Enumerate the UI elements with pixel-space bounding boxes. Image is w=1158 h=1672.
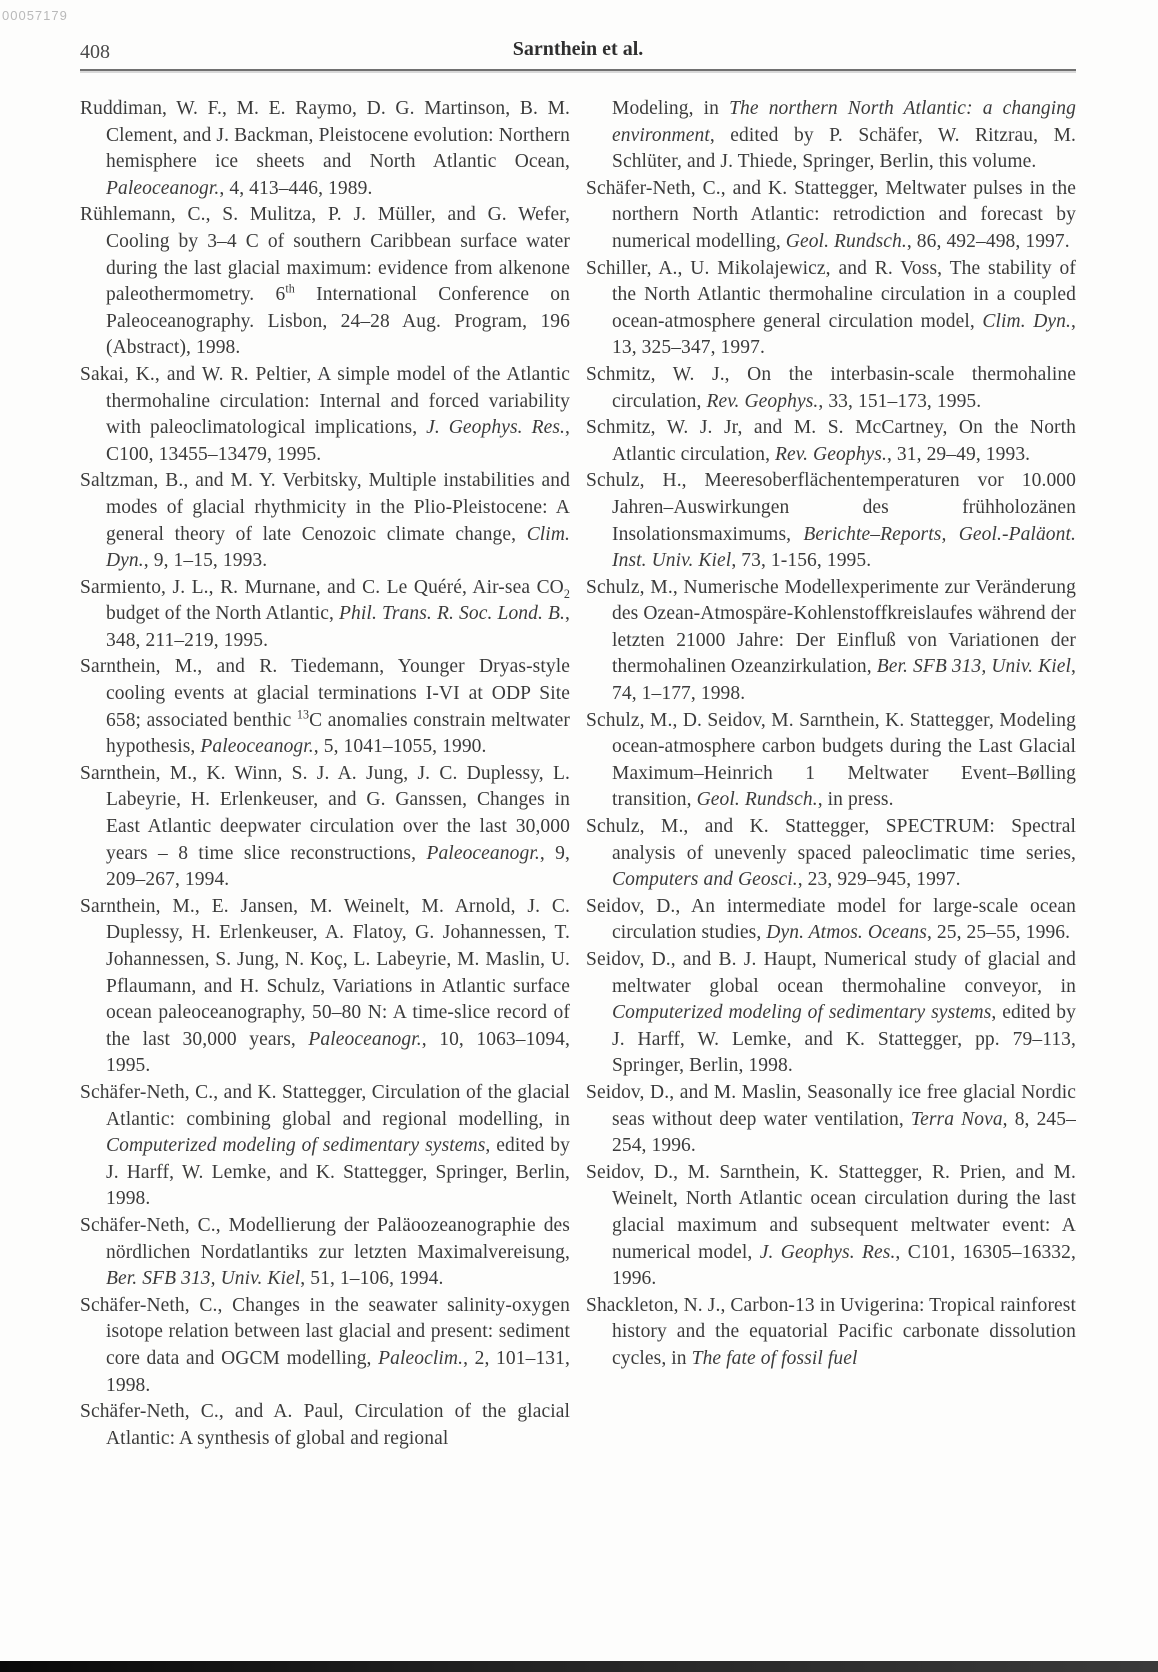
running-title: Sarnthein et al. bbox=[80, 38, 1076, 61]
reference-item: Saltzman, B., and M. Y. Verbitsky, Multi… bbox=[80, 468, 570, 574]
reference-item: Schäfer-Neth, C., and K. Stattegger, Cir… bbox=[80, 1080, 570, 1213]
reference-item: Sakai, K., and W. R. Peltier, A simple m… bbox=[80, 362, 570, 468]
reference-item: Schäfer-Neth, C., and A. Paul, Circulati… bbox=[80, 1399, 570, 1452]
reference-item: Ruddiman, W. F., M. E. Raymo, D. G. Mart… bbox=[80, 96, 570, 202]
reference-column-right: Modeling, in The northern North Atlantic… bbox=[586, 96, 1076, 1452]
reference-item: Shackleton, N. J., Carbon-13 in Uvigerin… bbox=[586, 1293, 1076, 1373]
page-number: 408 bbox=[80, 41, 110, 64]
scan-bottom-edge bbox=[0, 1661, 1158, 1672]
reference-item: Sarnthein, M., E. Jansen, M. Weinelt, M.… bbox=[80, 894, 570, 1080]
reference-item: Seidov, D., An intermediate model for la… bbox=[586, 894, 1076, 947]
reference-item: Rühlemann, C., S. Mulitza, P. J. Müller,… bbox=[80, 202, 570, 362]
scan-stamp: 00057179 bbox=[2, 8, 68, 23]
page-header: 408 Sarnthein et al. bbox=[80, 38, 1076, 68]
reference-item: Seidov, D., M. Sarnthein, K. Stattegger,… bbox=[586, 1160, 1076, 1293]
reference-item: Schiller, A., U. Mikolajewicz, and R. Vo… bbox=[586, 256, 1076, 362]
header-rule bbox=[80, 69, 1076, 71]
reference-item: Schäfer-Neth, C., Changes in the seawate… bbox=[80, 1293, 570, 1399]
reference-item: Seidov, D., and B. J. Haupt, Numerical s… bbox=[586, 947, 1076, 1080]
reference-item: Schäfer-Neth, C., Modellierung der Paläo… bbox=[80, 1213, 570, 1293]
reference-item: Sarnthein, M., K. Winn, S. J. A. Jung, J… bbox=[80, 761, 570, 894]
reference-item: Schmitz, W. J., On the interbasin-scale … bbox=[586, 362, 1076, 415]
reference-item: Schmitz, W. J. Jr, and M. S. McCartney, … bbox=[586, 415, 1076, 468]
reference-item: Modeling, in The northern North Atlantic… bbox=[586, 96, 1076, 176]
reference-item: Schulz, M., and K. Stattegger, SPECTRUM:… bbox=[586, 814, 1076, 894]
reference-item: Sarmiento, J. L., R. Murnane, and C. Le … bbox=[80, 575, 570, 655]
reference-item: Seidov, D., and M. Maslin, Seasonally ic… bbox=[586, 1080, 1076, 1160]
reference-item: Schäfer-Neth, C., and K. Stattegger, Mel… bbox=[586, 176, 1076, 256]
reference-item: Schulz, M., Numerische Modellexperimente… bbox=[586, 575, 1076, 708]
reference-item: Schulz, H., Meeresoberflächentemperature… bbox=[586, 468, 1076, 574]
reference-columns: Ruddiman, W. F., M. E. Raymo, D. G. Mart… bbox=[80, 96, 1076, 1452]
scanned-paper-page: { "stamp": "00057179", "header": { "page… bbox=[0, 0, 1158, 1672]
reference-item: Sarnthein, M., and R. Tiedemann, Younger… bbox=[80, 654, 570, 760]
reference-item: Schulz, M., D. Seidov, M. Sarnthein, K. … bbox=[586, 708, 1076, 814]
reference-column-left: Ruddiman, W. F., M. E. Raymo, D. G. Mart… bbox=[80, 96, 570, 1452]
